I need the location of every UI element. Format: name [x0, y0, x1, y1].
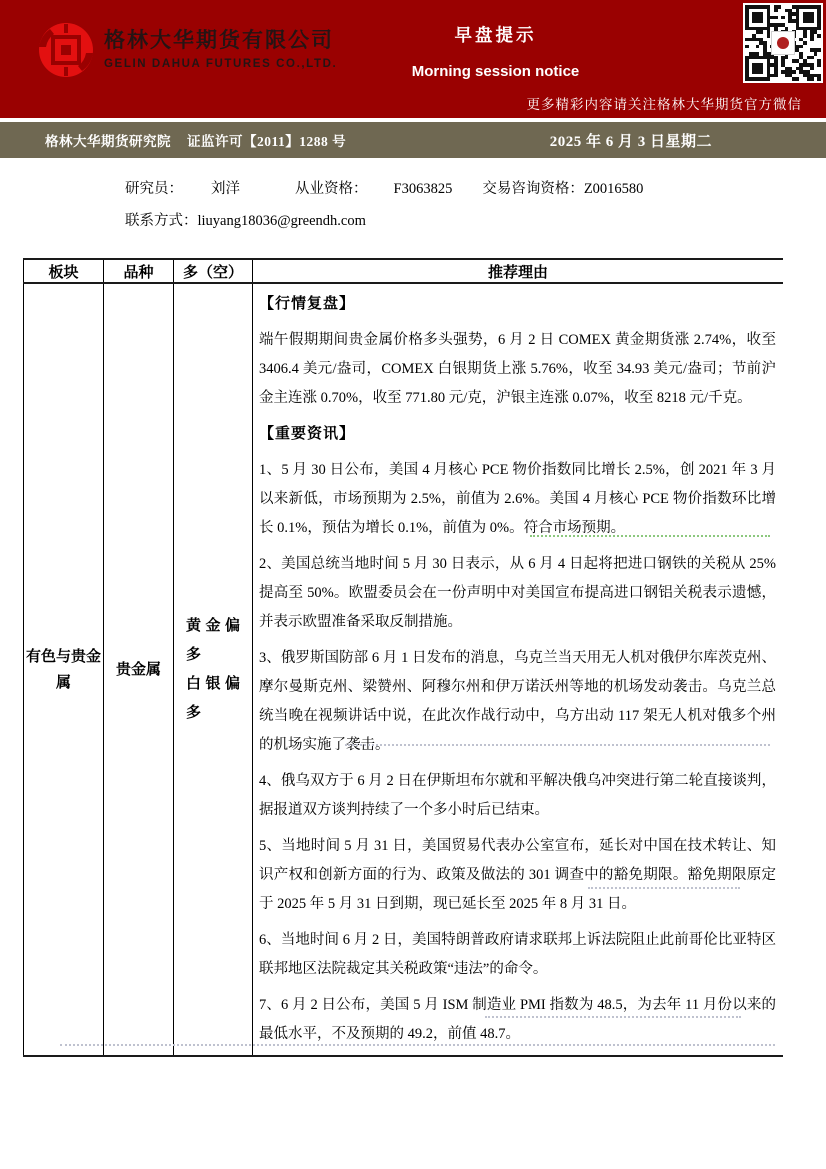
researcher-info: 研究员：刘洋从业资格：F3063825交易咨询资格：Z0016580 联系方式：…: [125, 178, 826, 232]
position-gold: 黄金偏多: [186, 612, 240, 670]
recommendation-table: 板块 品种 多（空） 推荐理由 有色与贵金属 贵金属 黄金偏多 白银偏多 【行情…: [23, 258, 783, 1057]
company-name-block: 格林大华期货有限公司 GELIN DAHUA FUTURES CO.,LTD.: [104, 24, 337, 70]
column-header-sector: 板块: [24, 259, 104, 283]
researcher-line: 研究员：刘洋从业资格：F3063825交易咨询资格：Z0016580: [125, 178, 826, 200]
table-row: 有色与贵金属 贵金属 黄金偏多 白银偏多 【行情复盘】端午假期期间贵金属价格多头…: [24, 283, 784, 1056]
proofing-mark: [530, 535, 770, 537]
paragraph: 7、6 月 2 日公布，美国 5 月 ISM 制造业 PMI 指数为 48.5，…: [259, 991, 776, 1049]
paragraph: 2、美国总统当地时间 5 月 30 日表示，从 6 月 4 日起将把进口钢铁的关…: [259, 550, 776, 637]
reason-cell: 【行情复盘】端午假期期间贵金属价格多头强势，6 月 2 日 COMEX 黄金期货…: [253, 283, 784, 1056]
qualification-number: F3063825: [394, 181, 453, 197]
wechat-follow-note: 更多精彩内容请关注格林大华期货官方微信: [527, 93, 803, 113]
reason-content: 【行情复盘】端午假期期间贵金属价格多头强势，6 月 2 日 COMEX 黄金期货…: [253, 284, 783, 1055]
qualification-label: 从业资格：: [295, 181, 368, 197]
table-header-row: 板块 品种 多（空） 推荐理由: [24, 259, 784, 283]
notice-title-en: Morning session notice: [388, 63, 603, 80]
institute-name: 格林大华期货研究院: [45, 134, 171, 149]
paragraph: 6、当地时间 6 月 2 日，美国特朗普政府请求联邦上诉法院阻止此前哥伦比亚特区…: [259, 926, 776, 984]
report-date: 2025 年 6 月 3 日星期二: [550, 130, 712, 151]
researcher-label: 研究员：: [125, 181, 183, 197]
institute-license: 格林大华期货研究院证监许可【2011】1288 号: [45, 130, 346, 150]
section-heading: 【行情复盘】: [259, 290, 776, 319]
wechat-qr-code-icon: [743, 3, 823, 83]
company-name-cn: 格林大华期货有限公司: [104, 24, 337, 54]
paragraph: 端午假期期间贵金属价格多头强势，6 月 2 日 COMEX 黄金期货涨 2.74…: [259, 326, 776, 413]
column-header-variety: 品种: [104, 259, 174, 283]
sector-cell: 有色与贵金属: [24, 283, 104, 1056]
notice-title-cn: 早盘提示: [388, 22, 603, 47]
section-heading: 【重要资讯】: [259, 420, 776, 449]
proofing-mark: [485, 1016, 741, 1018]
qr-center-stamp-icon: [771, 31, 795, 55]
column-header-reason: 推荐理由: [253, 259, 784, 283]
researcher-name: 刘洋: [211, 181, 240, 197]
variety-cell: 贵金属: [104, 283, 174, 1056]
subheader-bar: 格林大华期货研究院证监许可【2011】1288 号 2025 年 6 月 3 日…: [0, 122, 826, 158]
notice-title-block: 早盘提示 Morning session notice: [388, 22, 603, 80]
header: 格林大华期货有限公司 GELIN DAHUA FUTURES CO.,LTD. …: [0, 0, 826, 118]
company-name-en: GELIN DAHUA FUTURES CO.,LTD.: [104, 58, 337, 70]
advisory-label: 交易咨询资格：: [482, 181, 584, 197]
proofing-mark: [588, 887, 740, 889]
position-cell: 黄金偏多 白银偏多: [174, 283, 253, 1056]
column-header-position: 多（空）: [174, 259, 253, 283]
proofing-mark: [60, 1044, 775, 1046]
morning-notice-page: 格林大华期货有限公司 GELIN DAHUA FUTURES CO.,LTD. …: [0, 0, 826, 1169]
contact-label: 联系方式：: [125, 213, 198, 229]
contact-line: 联系方式：liuyang18036@greendh.com: [125, 210, 826, 232]
company-logo-icon: [36, 20, 96, 80]
license-number: 证监许可【2011】1288 号: [187, 134, 346, 149]
paragraph: 1、5 月 30 日公布，美国 4 月核心 PCE 物价指数同比增长 2.5%，…: [259, 456, 776, 543]
contact-email: liuyang18036@greendh.com: [198, 213, 366, 229]
proofing-mark: [345, 744, 770, 746]
paragraph: 4、俄乌双方于 6 月 2 日在伊斯坦布尔就和平解决俄乌冲突进行第二轮直接谈判，…: [259, 767, 776, 825]
paragraph: 3、俄罗斯国防部 6 月 1 日发布的消息，乌克兰当天用无人机对俄伊尔库茨克州、…: [259, 644, 776, 760]
paragraph: 5、当地时间 5 月 31 日，美国贸易代表办公室宣布，延长对中国在技术转让、知…: [259, 832, 776, 919]
position-silver: 白银偏多: [186, 670, 240, 728]
advisory-number: Z0016580: [584, 181, 644, 197]
